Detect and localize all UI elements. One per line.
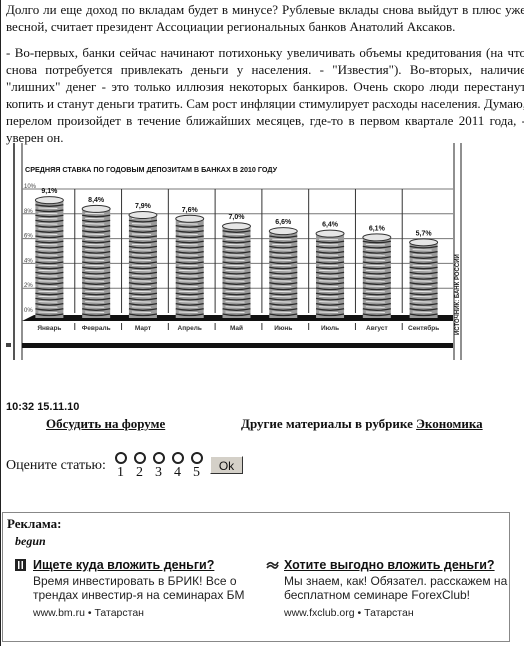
svg-text:Август: Август — [366, 325, 388, 332]
ad-region: Татарстан — [364, 607, 414, 619]
rate-article-label: Оцените статью: — [6, 458, 106, 474]
svg-text:9,1%: 9,1% — [41, 188, 58, 195]
forexclub-logo-icon — [266, 559, 279, 573]
discuss-on-forum-link[interactable]: Обсудить на форуме — [46, 416, 165, 432]
rating-option-2[interactable]: 2 — [132, 452, 147, 480]
ad-body-text: Мы знаем, как! Обязател. расскажем на бе… — [284, 574, 508, 602]
svg-text:ИСТОЧНИК: БАНК РОССИИ: ИСТОЧНИК: БАНК РОССИИ — [455, 254, 461, 335]
svg-text:Июнь: Июнь — [274, 325, 292, 332]
rubric-economics-link[interactable]: Экономика — [416, 416, 483, 431]
rating-option-3[interactable]: 3 — [151, 452, 166, 480]
svg-text:6,1%: 6,1% — [369, 225, 386, 232]
bullet-separator: • — [358, 607, 362, 619]
svg-text:7,9%: 7,9% — [135, 203, 152, 210]
submit-rating-button[interactable]: Ok — [210, 456, 243, 474]
rating-radio-group: 1 2 3 4 5 — [113, 452, 204, 480]
radio-button[interactable] — [115, 452, 127, 464]
svg-text:0%: 0% — [24, 308, 33, 314]
ad-item-bm: Ищете куда вложить деньги? Время инвести… — [15, 557, 251, 620]
ads-heading: Реклама: — [7, 516, 61, 532]
svg-text:7,6%: 7,6% — [182, 207, 199, 214]
svg-text:6,4%: 6,4% — [322, 222, 339, 229]
ad-region: Татарстан — [94, 607, 144, 619]
publish-timestamp: 10:32 15.11.10 — [6, 401, 79, 413]
svg-text:Январь: Январь — [37, 325, 61, 332]
svg-text:6%: 6% — [24, 234, 33, 240]
advertising-block: Реклама: begun Ищете куда вложить деньги… — [2, 512, 510, 642]
bm-logo-icon — [15, 559, 28, 574]
ad-footer: www.fxclub.org • Татарстан — [284, 606, 508, 620]
svg-text:Май: Май — [230, 324, 243, 332]
svg-text:СРЕДНЯЯ СТАВКА ПО ГОДОВЫМ ДЕПО: СРЕДНЯЯ СТАВКА ПО ГОДОВЫМ ДЕПОЗИТАМ В БА… — [25, 165, 278, 174]
ad-headline-link[interactable]: Хотите выгодно вложить деньги? — [284, 557, 508, 573]
bullet-separator: • — [88, 607, 92, 619]
svg-text:7,0%: 7,0% — [229, 214, 246, 221]
svg-text:6,6%: 6,6% — [275, 219, 292, 226]
svg-text:5,7%: 5,7% — [416, 230, 433, 237]
svg-text:Июль: Июль — [321, 325, 339, 332]
svg-text:Сентябрь: Сентябрь — [408, 324, 439, 332]
radio-button[interactable] — [153, 452, 165, 464]
article-paragraph-quote: - Во-первых, банки сейчас начинают потих… — [6, 44, 524, 146]
other-materials-label: Другие материалы в рубрике — [241, 416, 413, 431]
ads-provider: begun — [15, 534, 46, 549]
svg-text:Февраль: Февраль — [82, 325, 111, 332]
ad-url[interactable]: www.fxclub.org — [284, 607, 355, 619]
svg-text:8%: 8% — [24, 209, 33, 215]
ad-body-text: Время инвестировать в БРИК! Все о тренда… — [33, 574, 251, 602]
radio-button[interactable] — [172, 452, 184, 464]
svg-text:2%: 2% — [24, 283, 33, 289]
ad-url[interactable]: www.bm.ru — [33, 607, 85, 619]
rating-option-5[interactable]: 5 — [189, 452, 204, 480]
svg-text:8,4%: 8,4% — [88, 197, 105, 204]
svg-text:10%: 10% — [24, 184, 37, 190]
deposit-rate-chart: СРЕДНЯЯ СТАВКА ПО ГОДОВЫМ ДЕПОЗИТАМ В БА… — [0, 138, 524, 370]
ad-footer: www.bm.ru • Татарстан — [33, 606, 251, 620]
other-materials-rubric: Другие материалы в рубрике Экономика — [241, 416, 483, 432]
chart-canvas: СРЕДНЯЯ СТАВКА ПО ГОДОВЫМ ДЕПОЗИТАМ В БА… — [0, 138, 524, 370]
svg-text:4%: 4% — [24, 258, 33, 264]
ad-headline-link[interactable]: Ищете куда вложить деньги? — [33, 557, 251, 573]
radio-button[interactable] — [191, 452, 203, 464]
svg-text:Апрель: Апрель — [178, 325, 202, 332]
radio-button[interactable] — [134, 452, 146, 464]
ad-item-forexclub: Хотите выгодно вложить деньги? Мы знаем,… — [266, 557, 508, 620]
svg-text:Март: Март — [135, 325, 151, 332]
article-paragraph-intro: Долго ли еще доход по вкладам будет в ми… — [6, 1, 524, 35]
rating-option-4[interactable]: 4 — [170, 452, 185, 480]
rating-option-1[interactable]: 1 — [113, 452, 128, 480]
